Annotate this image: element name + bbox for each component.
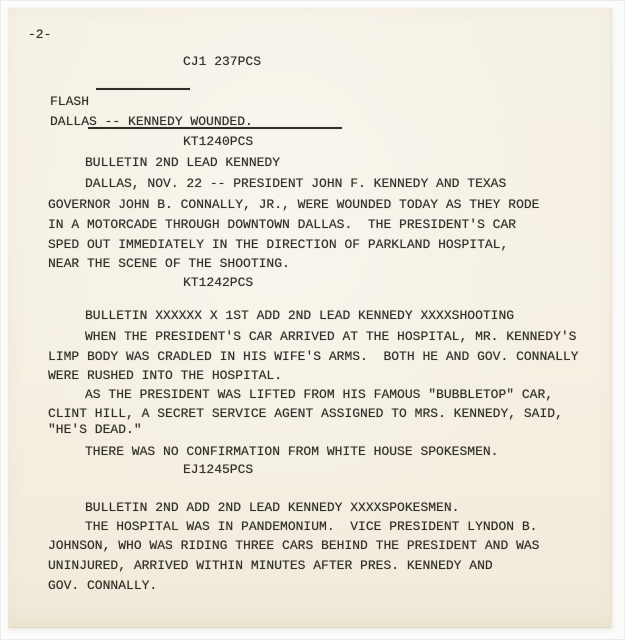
scanned-telegram: -2-CJ1 237PCSFLASHDALLAS -- KENNEDY WOUN… [0, 0, 625, 640]
document-line: SPED OUT IMMEDIATELY IN THE DIRECTION OF… [48, 237, 508, 252]
flash-overline [96, 88, 190, 90]
document-line: DALLAS -- KENNEDY WOUNDED. [50, 114, 253, 129]
document-line: LIMP BODY WAS CRADLED IN HIS WIFE'S ARMS… [48, 349, 579, 364]
document-line: GOV. CONNALLY. [48, 578, 157, 593]
document-line: WERE RUSHED INTO THE HOSPITAL. [48, 368, 282, 383]
document-line: -2- [28, 27, 51, 42]
document-line: NEAR THE SCENE OF THE SHOOTING. [48, 256, 290, 271]
document-line: EJ1245PCS [183, 462, 253, 477]
document-line: GOVERNOR JOHN B. CONNALLY, JR., WERE WOU… [48, 197, 539, 212]
document-line: CLINT HILL, A SECRET SERVICE AGENT ASSIG… [48, 406, 563, 421]
document-line: "HE'S DEAD." [48, 422, 142, 437]
document-line: KT1240PCS [183, 134, 253, 149]
document-line: WHEN THE PRESIDENT'S CAR ARRIVED AT THE … [85, 329, 576, 344]
document-line: CJ1 237PCS [183, 54, 261, 69]
document-line: BULLETIN 2ND ADD 2ND LEAD KENNEDY XXXXSP… [85, 500, 459, 515]
document-line: FLASH [50, 94, 89, 109]
document-line: THERE WAS NO CONFIRMATION FROM WHITE HOU… [85, 444, 498, 459]
document-line: UNINJURED, ARRIVED WITHIN MINUTES AFTER … [48, 558, 493, 573]
document-line: BULLETIN XXXXXX X 1ST ADD 2ND LEAD KENNE… [85, 308, 514, 323]
document-line: DALLAS, NOV. 22 -- PRESIDENT JOHN F. KEN… [85, 176, 506, 191]
document-line: KT1242PCS [183, 275, 253, 290]
telegram-page: -2-CJ1 237PCSFLASHDALLAS -- KENNEDY WOUN… [8, 8, 612, 628]
document-line: BULLETIN 2ND LEAD KENNEDY [85, 155, 280, 170]
document-line: THE HOSPITAL WAS IN PANDEMONIUM. VICE PR… [85, 519, 537, 534]
document-line: JOHNSON, WHO WAS RIDING THREE CARS BEHIN… [48, 538, 539, 553]
document-line: IN A MOTORCADE THROUGH DOWNTOWN DALLAS. … [48, 217, 516, 232]
document-line: AS THE PRESIDENT WAS LIFTED FROM HIS FAM… [85, 387, 553, 402]
